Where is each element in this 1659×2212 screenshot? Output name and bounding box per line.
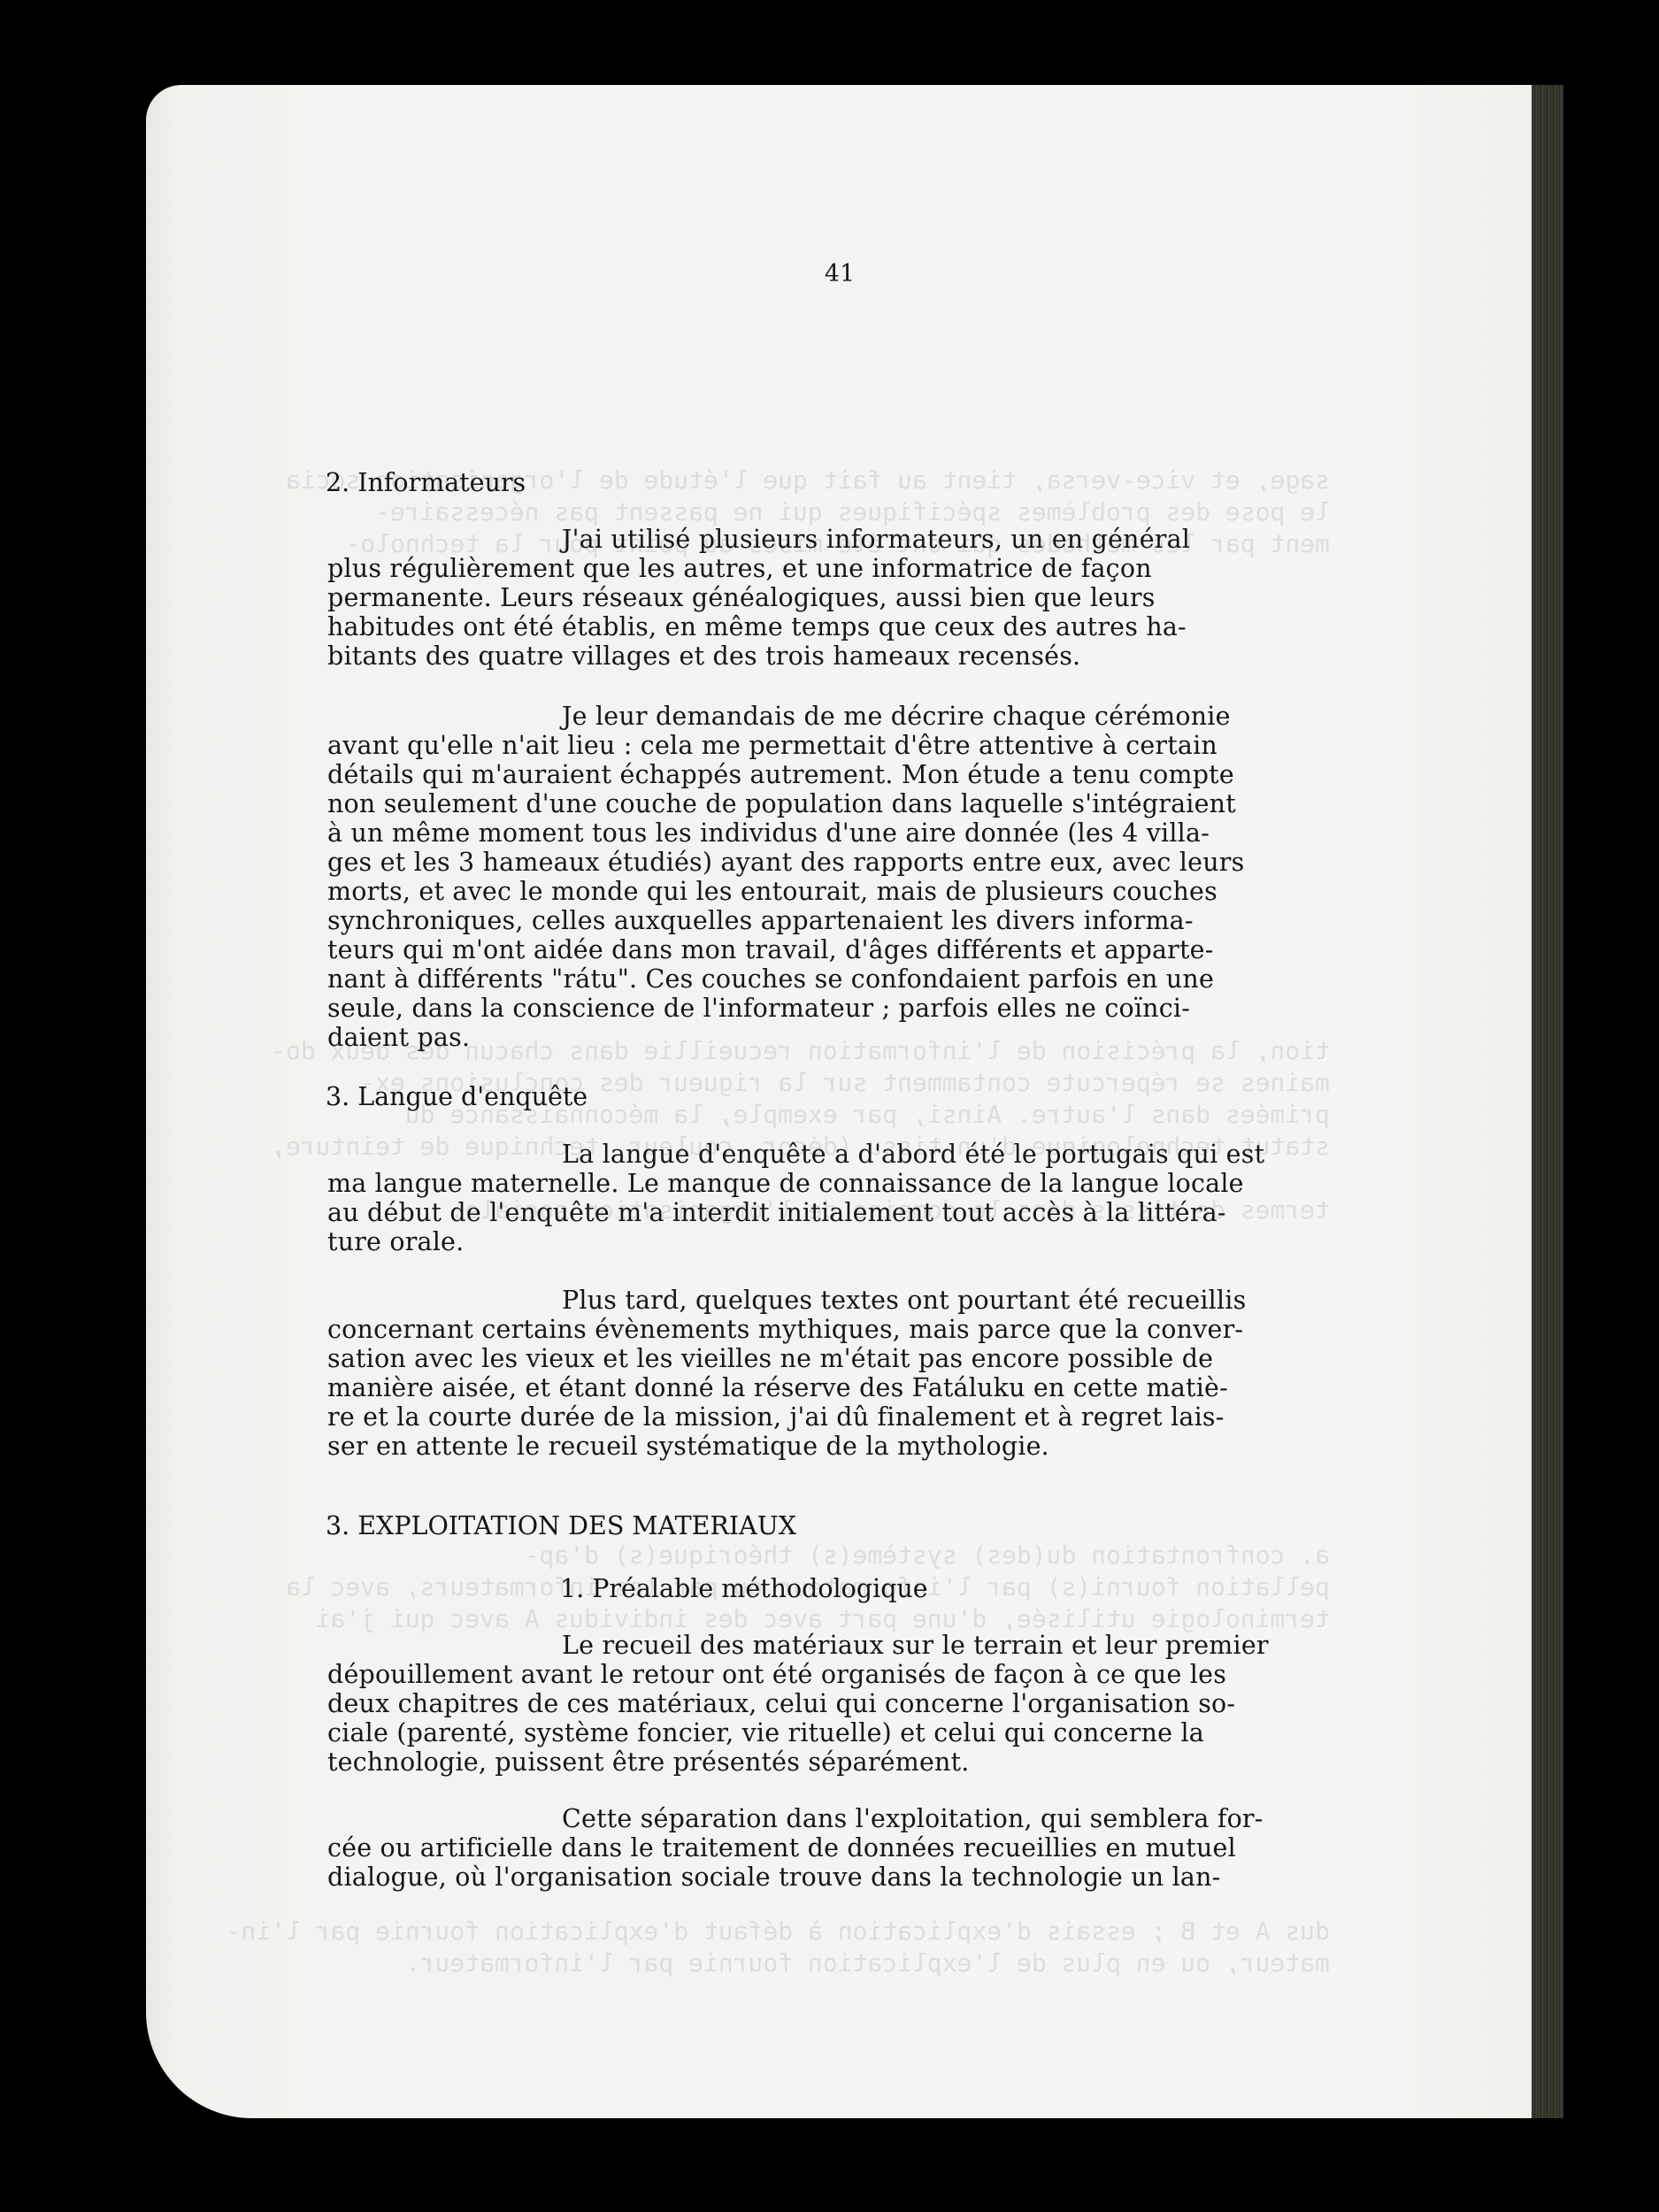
text-line: au début de l'enquête m'a interdit initi… bbox=[327, 1198, 1504, 1227]
text-line: sation avec les vieux et les vieilles ne… bbox=[327, 1344, 1504, 1373]
paragraph-informateurs-2: Je leur demandais de me décrire chaque c… bbox=[327, 702, 1504, 1052]
text-line: détails qui m'auraient échappés autremen… bbox=[327, 760, 1504, 789]
text-line: ma langue maternelle. Le manque de conna… bbox=[327, 1169, 1504, 1198]
bleed-line: mateur, ou en plus de l'explication four… bbox=[405, 1948, 1330, 1978]
text-line: permanente. Leurs réseaux généalogiques,… bbox=[327, 583, 1504, 612]
text-line: ciale (parenté, système foncier, vie rit… bbox=[327, 1718, 1504, 1747]
paragraph-langue-1: La langue d'enquête a d'abord été le por… bbox=[327, 1140, 1504, 1256]
text-line: J'ai utilisé plusieurs informateurs, un … bbox=[327, 525, 1504, 554]
text-line: concernant certains évènements mythiques… bbox=[327, 1315, 1504, 1344]
text-line: nant à différents "rátu". Ces couches se… bbox=[327, 964, 1504, 994]
section-heading-exploitation: 3. EXPLOITATION DES MATERIAUX bbox=[326, 1511, 796, 1540]
text-line: daient pas. bbox=[327, 1023, 1504, 1052]
text-line: manière aisée, et étant donné la réserve… bbox=[327, 1373, 1504, 1402]
text-line: non seulement d'une couche de population… bbox=[327, 789, 1504, 818]
text-line: seule, dans la conscience de l'informate… bbox=[327, 994, 1504, 1023]
section-heading-informateurs: 2. Informateurs bbox=[326, 468, 526, 497]
text-line: ture orale. bbox=[327, 1227, 1504, 1256]
text-line: deux chapitres de ces matériaux, celui q… bbox=[327, 1689, 1504, 1718]
bleed-line: terminologie utilisée, d'une part avec d… bbox=[316, 1604, 1330, 1634]
text-line: avant qu'elle n'ait lieu : cela me perme… bbox=[327, 731, 1504, 760]
book-fore-edge bbox=[1532, 85, 1563, 2118]
paragraph-informateurs-1: J'ai utilisé plusieurs informateurs, un … bbox=[327, 525, 1504, 671]
text-line: ges et les 3 hameaux étudiés) ayant des … bbox=[327, 848, 1504, 877]
text-line: re et la courte durée de la mission, j'a… bbox=[327, 1402, 1504, 1432]
text-line: Je leur demandais de me décrire chaque c… bbox=[327, 702, 1504, 731]
text-line: morts, et avec le monde qui les entourai… bbox=[327, 877, 1504, 906]
text-line: dialogue, où l'organisation sociale trou… bbox=[327, 1863, 1504, 1892]
paragraph-exploitation-1: Le recueil des matériaux sur le terrain … bbox=[327, 1631, 1504, 1777]
text-line: synchroniques, celles auxquelles apparte… bbox=[327, 906, 1504, 935]
bleed-line: a. confrontation du(des) système(s) théo… bbox=[525, 1540, 1330, 1571]
text-line: dépouillement avant le retour ont été or… bbox=[327, 1660, 1504, 1689]
text-line: technologie, puissent être présentés sép… bbox=[327, 1747, 1504, 1777]
paragraph-langue-2: Plus tard, quelques textes ont pourtant … bbox=[327, 1286, 1504, 1461]
section-heading-langue: 3. Langue d'enquête bbox=[326, 1082, 588, 1111]
text-line: teurs qui m'ont aidée dans mon travail, … bbox=[327, 935, 1504, 964]
text-line: La langue d'enquête a d'abord été le por… bbox=[327, 1140, 1504, 1169]
text-line: Cette séparation dans l'exploitation, qu… bbox=[327, 1804, 1504, 1833]
subsection-heading-prealable: 1. Préalable méthodologique bbox=[560, 1574, 928, 1603]
page-number: 41 bbox=[146, 260, 1533, 288]
text-line: plus régulièrement que les autres, et un… bbox=[327, 554, 1504, 583]
paragraph-exploitation-2: Cette séparation dans l'exploitation, qu… bbox=[327, 1804, 1504, 1892]
bleed-line: le pose des problèmes spécifiques qui ne… bbox=[375, 497, 1330, 527]
text-line: bitants des quatre villages et des trois… bbox=[327, 641, 1504, 671]
text-line: à un même moment tous les individus d'un… bbox=[327, 818, 1504, 848]
bleed-line: dus A et B ; essais d'explication à défa… bbox=[227, 1916, 1330, 1947]
book-page: sage, et vice-versa, tient au fait que l… bbox=[146, 85, 1533, 2118]
text-line: Le recueil des matériaux sur le terrain … bbox=[327, 1631, 1504, 1660]
text-line: ser en attente le recueil systématique d… bbox=[327, 1432, 1504, 1461]
text-line: Plus tard, quelques textes ont pourtant … bbox=[327, 1286, 1504, 1315]
text-line: cée ou artificielle dans le traitement d… bbox=[327, 1833, 1504, 1863]
text-line: habitudes ont été établis, en même temps… bbox=[327, 612, 1504, 641]
